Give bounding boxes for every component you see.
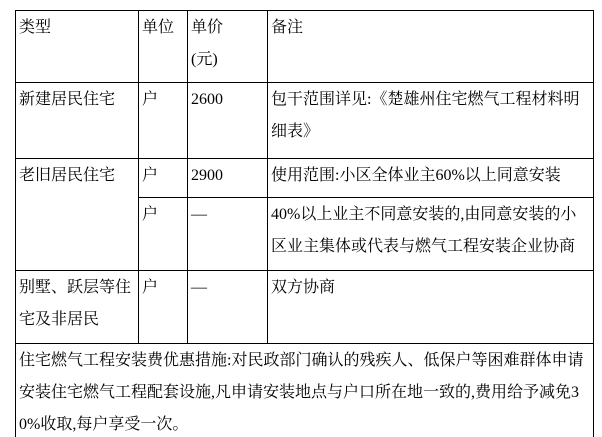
cell-unit: 户	[139, 159, 188, 198]
cell-unit: 户	[139, 83, 188, 159]
header-cell-type: 类型	[16, 11, 139, 83]
cell-type-villa: 别墅、跃层等住宅及非居民	[16, 271, 139, 344]
discount-policy-note: 住宅燃气工程安装费优惠措施:对民政部门确认的残疾人、低保户等困难群体申请安装住宅…	[16, 344, 594, 437]
cell-price: —	[188, 271, 268, 344]
cell-note: 使用范围:小区全体业主60%以上同意安装	[268, 159, 594, 198]
header-cell-note: 备注	[268, 11, 594, 83]
table-footer-row: 住宅燃气工程安装费优惠措施:对民政部门确认的残疾人、低保户等困难群体申请安装住宅…	[16, 344, 594, 437]
table-row-old-residential-a: 老旧居民住宅 户 2900 使用范围:小区全体业主60%以上同意安装	[16, 159, 594, 198]
cell-price: 2900	[188, 159, 268, 198]
document-page: 类型 单位 单价 (元) 备注 新建居民住宅 户 2600 包干范围详见:《楚雄…	[0, 0, 602, 437]
cell-type-old-residential: 老旧居民住宅	[16, 159, 139, 271]
table-row-new-residential: 新建居民住宅 户 2600 包干范围详见:《楚雄州住宅燃气工程材料明细表》	[16, 83, 594, 159]
cell-price: 2600	[188, 83, 268, 159]
table-header-row: 类型 单位 单价 (元) 备注	[16, 11, 594, 83]
header-cell-price: 单价 (元)	[188, 11, 268, 83]
cell-note: 40%以上业主不同意安装的,由同意安装的小区业主集体或代表与燃气工程安装企业协商	[268, 198, 594, 271]
header-cell-unit: 单位	[139, 11, 188, 83]
cell-unit: 户	[139, 271, 188, 344]
cell-unit: 户	[139, 198, 188, 271]
cell-note: 包干范围详见:《楚雄州住宅燃气工程材料明细表》	[268, 83, 594, 159]
cell-note: 双方协商	[268, 271, 594, 344]
gas-installation-fee-table: 类型 单位 单价 (元) 备注 新建居民住宅 户 2600 包干范围详见:《楚雄…	[15, 10, 594, 437]
table-row-villa-nonresidential: 别墅、跃层等住宅及非居民 户 — 双方协商	[16, 271, 594, 344]
cell-type-new-residential: 新建居民住宅	[16, 83, 139, 159]
cell-price: —	[188, 198, 268, 271]
